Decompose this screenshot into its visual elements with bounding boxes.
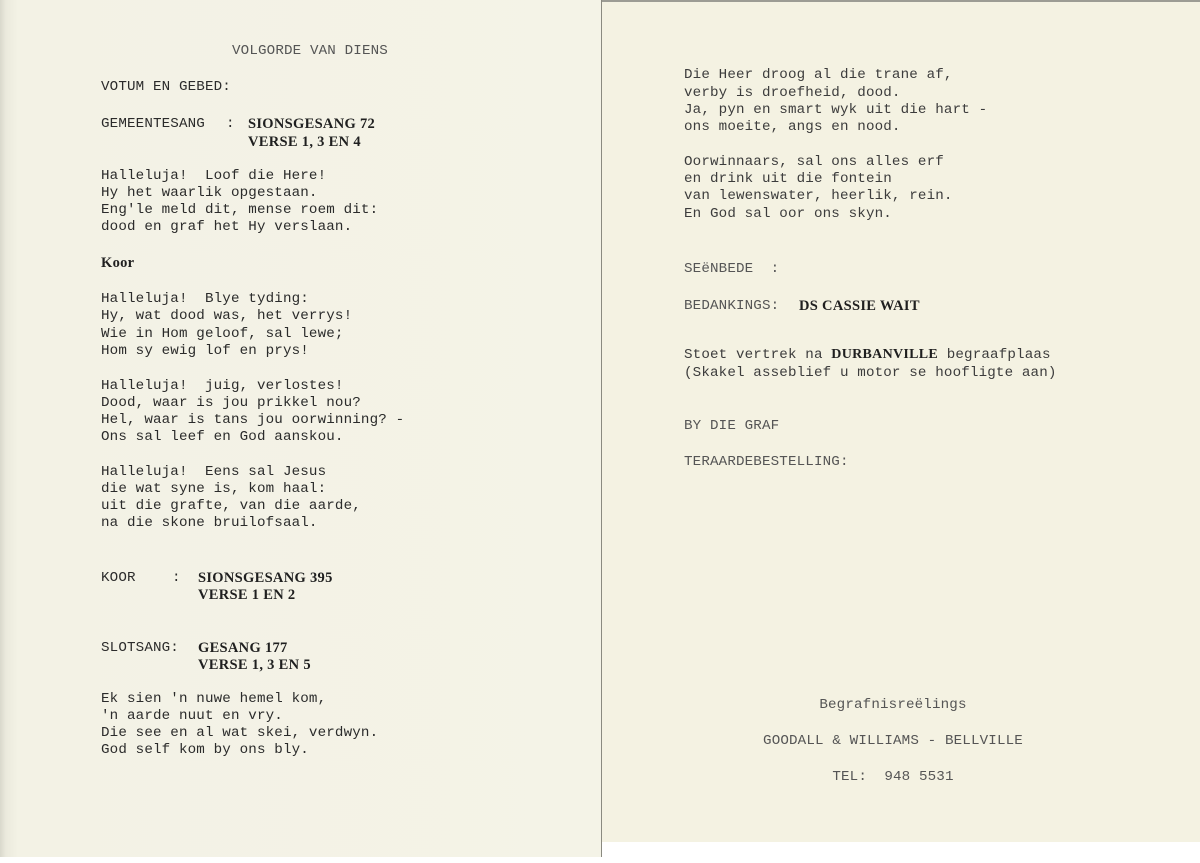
stanza-line: Ja, pyn en smart wyk uit die hart - bbox=[684, 101, 987, 119]
stanza-line: Dood, waar is jou prikkel nou? bbox=[101, 394, 361, 412]
stanza-line: Halleluja! Blye tyding: bbox=[101, 290, 309, 308]
koor-verses: VERSE 1 EN 2 bbox=[198, 586, 295, 604]
stanza-line: van lewenswater, heerlik, rein. bbox=[684, 187, 953, 205]
stanza-line: ons moeite, angs en nood. bbox=[684, 118, 901, 136]
gemeentesang-colon: : bbox=[226, 115, 235, 133]
seenbede-heading: SEëNBEDE : bbox=[684, 260, 779, 278]
bedankings-name: DS CASSIE WAIT bbox=[799, 297, 920, 315]
procession-line: Stoet vertrek na DURBANVILLE begraafplaa… bbox=[684, 346, 1051, 364]
stanza-line: Hy, wat dood was, het verrys! bbox=[101, 307, 352, 325]
stanza-line: Halleluja! Eens sal Jesus bbox=[101, 463, 326, 481]
stanza-line: en drink uit die fontein bbox=[684, 170, 892, 188]
stanza-line: Oorwinnaars, sal ons alles erf bbox=[684, 153, 944, 171]
slotsang-label: SLOTSANG: bbox=[101, 639, 179, 657]
stanza-line: Die see en al wat skei, verdwyn. bbox=[101, 724, 378, 742]
gemeentesang-verses: VERSE 1, 3 EN 4 bbox=[248, 133, 361, 151]
bedankings-label: BEDANKINGS: bbox=[684, 297, 779, 315]
stanza-line: Ek sien 'n nuwe hemel kom, bbox=[101, 690, 326, 708]
koor-heading: Koor bbox=[101, 254, 134, 272]
headlights-note: (Skakel asseblief u motor se hoofligte a… bbox=[684, 364, 1057, 382]
left-page: VOLGORDE VAN DIENS VOTUM EN GEBED: GEMEE… bbox=[0, 0, 602, 857]
stanza-line: dood en graf het Hy verslaan. bbox=[101, 218, 352, 236]
stanza-line: Hom sy ewig lof en prys! bbox=[101, 342, 309, 360]
stanza-line: Hel, waar is tans jou oorwinning? - bbox=[101, 411, 404, 429]
stanza-line: Ons sal leef en God aanskou. bbox=[101, 428, 344, 446]
koor-colon: : bbox=[172, 569, 181, 587]
right-page: Die Heer droog al die trane af, verby is… bbox=[602, 0, 1200, 842]
stanza-line: Die Heer droog al die trane af, bbox=[684, 66, 953, 84]
procession-suffix: begraafplaas bbox=[938, 347, 1051, 363]
stanza-line: Wie in Hom geloof, sal lewe; bbox=[101, 325, 344, 343]
procession-place: DURBANVILLE bbox=[831, 347, 938, 362]
stanza-line: Halleluja! Loof die Here! bbox=[101, 167, 326, 185]
stanza-line: En God sal oor ons skyn. bbox=[684, 205, 892, 223]
stanza-line: Hy het waarlik opgestaan. bbox=[101, 184, 318, 202]
stanza-line: Eng'le meld dit, mense roem dit: bbox=[101, 201, 378, 219]
stanza-line: 'n aarde nuut en vry. bbox=[101, 707, 283, 725]
slotsang-verses: VERSE 1, 3 EN 5 bbox=[198, 656, 311, 674]
order-of-service-title: VOLGORDE VAN DIENS bbox=[232, 42, 388, 60]
gemeentesang-label: GEMEENTESANG bbox=[101, 115, 205, 133]
funeral-arrangements-label: Begrafnisreëlings bbox=[594, 696, 1192, 714]
document-spread: VOLGORDE VAN DIENS VOTUM EN GEBED: GEMEE… bbox=[0, 0, 1200, 863]
koor-label: KOOR bbox=[101, 569, 136, 587]
gemeentesang-hymn: SIONSGESANG 72 bbox=[248, 115, 375, 133]
stanza-line: na die skone bruilofsaal. bbox=[101, 514, 318, 532]
by-die-graf-heading: BY DIE GRAF bbox=[684, 417, 779, 435]
stanza-line: uit die grafte, van die aarde, bbox=[101, 497, 361, 515]
stanza-line: die wat syne is, kom haal: bbox=[101, 480, 326, 498]
telephone: TEL: 948 5531 bbox=[594, 768, 1192, 786]
votum-heading: VOTUM EN GEBED: bbox=[101, 78, 231, 96]
stanza-line: God self kom by ons bly. bbox=[101, 741, 309, 759]
funeral-company: GOODALL & WILLIAMS - BELLVILLE bbox=[594, 732, 1192, 750]
stanza-line: verby is droefheid, dood. bbox=[684, 84, 901, 102]
koor-hymn: SIONSGESANG 395 bbox=[198, 569, 333, 587]
procession-prefix: Stoet vertrek na bbox=[684, 347, 831, 363]
teraardebestelling-heading: TERAARDEBESTELLING: bbox=[684, 453, 849, 471]
stanza-line: Halleluja! juig, verlostes! bbox=[101, 377, 344, 395]
slotsang-hymn: GESANG 177 bbox=[198, 639, 288, 657]
